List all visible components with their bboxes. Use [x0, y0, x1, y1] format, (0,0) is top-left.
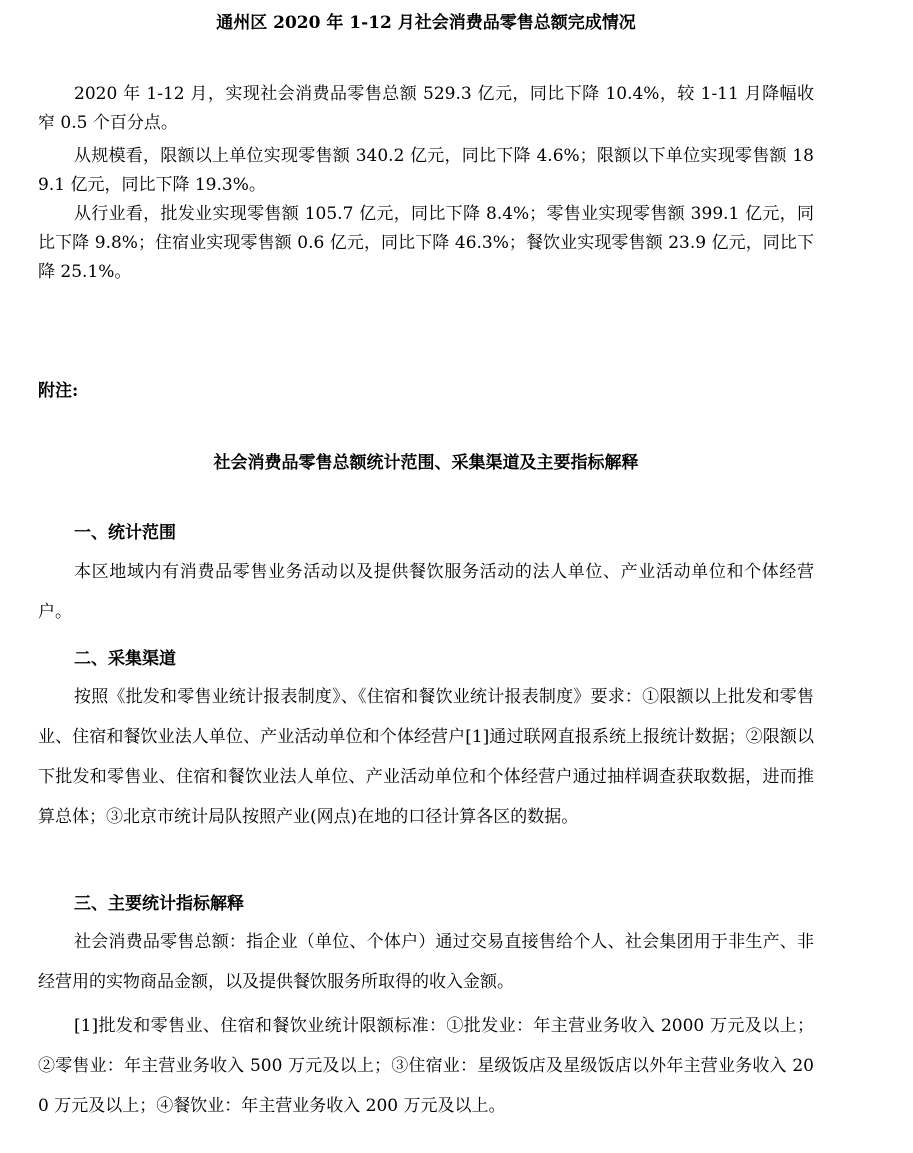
appendix-title: 社会消费品零售总额统计范围、采集渠道及主要指标解释 [38, 448, 814, 473]
note-label: 附注: [38, 376, 78, 401]
document-title: 通州区 2020 年 1-12 月社会消费品零售总额完成情况 [38, 8, 814, 33]
section-heading-channels: 二、采集渠道 [74, 644, 176, 669]
section-heading-scope: 一、统计范围 [74, 518, 176, 543]
summary-paragraph-total: 2020 年 1-12 月，实现社会消费品零售总额 529.3 亿元，同比下降 … [38, 80, 814, 138]
section-indicators-footnote: [1]批发和零售业、住宿和餐饮业统计限额标准：①批发业：年主营业务收入 2000… [38, 1006, 814, 1126]
section-scope-paragraph: 本区地域内有消费品零售业务活动以及提供餐饮服务活动的法人单位、产业活动单位和个体… [38, 552, 814, 632]
section-channels-paragraph: 按照《批发和零售业统计报表制度》、《住宿和餐饮业统计报表制度》要求：①限额以上批… [38, 677, 814, 837]
summary-paragraph-scale: 从规模看，限额以上单位实现零售额 340.2 亿元，同比下降 4.6%；限额以下… [38, 142, 814, 200]
section-indicators-definition: 社会消费品零售总额：指企业（单位、个体户）通过交易直接售给个人、社会集团用于非生… [38, 922, 814, 1002]
section-heading-indicators: 三、主要统计指标解释 [74, 889, 244, 914]
summary-paragraph-industry: 从行业看，批发业实现零售额 105.7 亿元，同比下降 8.4%；零售业实现零售… [38, 200, 814, 287]
